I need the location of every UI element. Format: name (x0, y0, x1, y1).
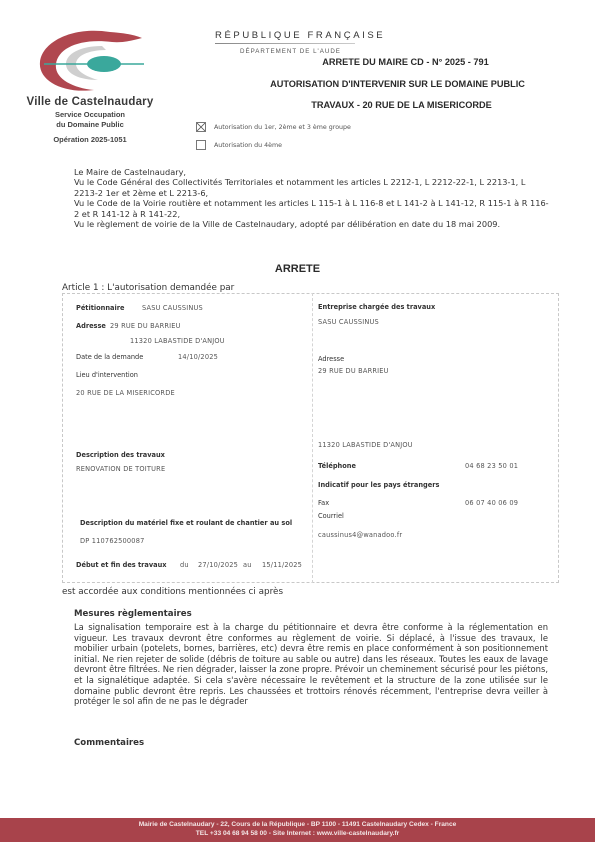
petitionnaire-label: Pétitionnaire (76, 304, 124, 312)
article-1: Article 1 : L'autorisation demandée par (62, 283, 234, 293)
fax-label: Fax (318, 499, 329, 507)
arrete-heading: ARRETE (0, 263, 595, 275)
company-address-label: Adresse (318, 355, 344, 363)
petitionnaire-address-line1: 29 RUE DU BARRIEU (110, 322, 181, 330)
preamble-line: Le Maire de Castelnaudary, (74, 167, 549, 177)
telephone-value: 04 68 23 50 01 (465, 462, 518, 470)
request-date-value: 14/10/2025 (178, 353, 218, 361)
works-title: TRAVAUX - 20 RUE DE LA MISERICORDE (200, 100, 595, 110)
equipment-value: DP 110762500087 (80, 537, 145, 545)
cross-icon (197, 123, 205, 131)
company-value: SASU CAUSSINUS (318, 318, 379, 326)
works-description-label: Description des travaux (76, 451, 165, 459)
footer-address: Mairie de Castelnaudary - 22, Cours de l… (0, 821, 595, 828)
regulatory-measures-title: Mesures règlementaires (74, 609, 192, 619)
preamble-line: Vu le règlement de voirie de la Ville de… (74, 219, 549, 229)
logo-service-line1: Service Occupation (10, 110, 170, 120)
works-description-value: RENOVATION DE TOITURE (76, 465, 165, 473)
checkbox-group-1-3-label: Autorisation du 1er, 2ème et 3 ème group… (214, 124, 351, 131)
republic-heading: RÉPUBLIQUE FRANÇAISE (215, 30, 385, 41)
email-label: Courriel (318, 512, 344, 520)
logo-service-line2: du Domaine Public (10, 120, 170, 130)
arrete-title: ARRETE DU MAIRE CD - N° 2025 - 791 (200, 57, 595, 67)
republic-underline (215, 43, 355, 44)
checkbox-group-4[interactable] (196, 140, 206, 150)
preamble-line: Vu le Code de la Voirie routière et nota… (74, 198, 549, 219)
company-address-line1: 29 RUE DU BARRIEU (318, 367, 389, 375)
foreign-code-label: Indicatif pour les pays étrangers (318, 481, 439, 489)
works-period-du: du (180, 561, 189, 569)
email-value: caussinus4@wanadoo.fr (318, 531, 402, 539)
regulatory-measures-text: La signalisation temporaire est à la cha… (74, 622, 548, 707)
city-logo-icon (32, 28, 147, 93)
request-date-label: Date de la demande (76, 353, 143, 361)
authorization-subtitle: AUTORISATION D'INTERVENIR SUR LE DOMAINE… (200, 79, 595, 89)
petitionnaire-address-line2: 11320 LABASTIDE D'ANJOU (130, 337, 225, 345)
works-period-label: Début et fin des travaux (76, 561, 167, 569)
company-address-line2: 11320 LABASTIDE D'ANJOU (318, 441, 413, 449)
telephone-label: Téléphone (318, 462, 356, 470)
fax-value: 06 07 40 06 09 (465, 499, 518, 507)
form-divider (312, 293, 313, 583)
equipment-label: Description du matériel fixe et roulant … (80, 519, 292, 527)
works-period-start: 27/10/2025 (198, 561, 238, 569)
works-period-au: au (243, 561, 252, 569)
company-label: Entreprise chargée des travaux (318, 303, 435, 311)
footer-contact: TEL +33 04 68 94 58 00 - Site Internet :… (0, 830, 595, 837)
checkbox-group-1-3[interactable] (196, 122, 206, 132)
conditions-sentence: est accordée aux conditions mentionnées … (62, 587, 283, 597)
comments-title: Commentaires (74, 738, 144, 748)
works-period-end: 15/11/2025 (262, 561, 302, 569)
operation-number: Opération 2025-1051 (10, 135, 170, 144)
petitionnaire-address-label: Adresse (76, 322, 106, 330)
intervention-place-label: Lieu d'intervention (76, 371, 138, 379)
preamble: Le Maire de Castelnaudary, Vu le Code Gé… (74, 167, 549, 229)
preamble-line: Vu le Code Général des Collectivités Ter… (74, 177, 549, 198)
logo-service: Service Occupation du Domaine Public (10, 110, 170, 130)
logo-city-name: Ville de Castelnaudary (10, 96, 170, 108)
department-heading: DÉPARTEMENT DE L'AUDE (240, 48, 341, 55)
checkbox-group-4-label: Autorisation du 4ème (214, 142, 282, 149)
intervention-place-value: 20 RUE DE LA MISERICORDE (76, 389, 175, 397)
petitionnaire-value: SASU CAUSSINUS (142, 304, 203, 312)
